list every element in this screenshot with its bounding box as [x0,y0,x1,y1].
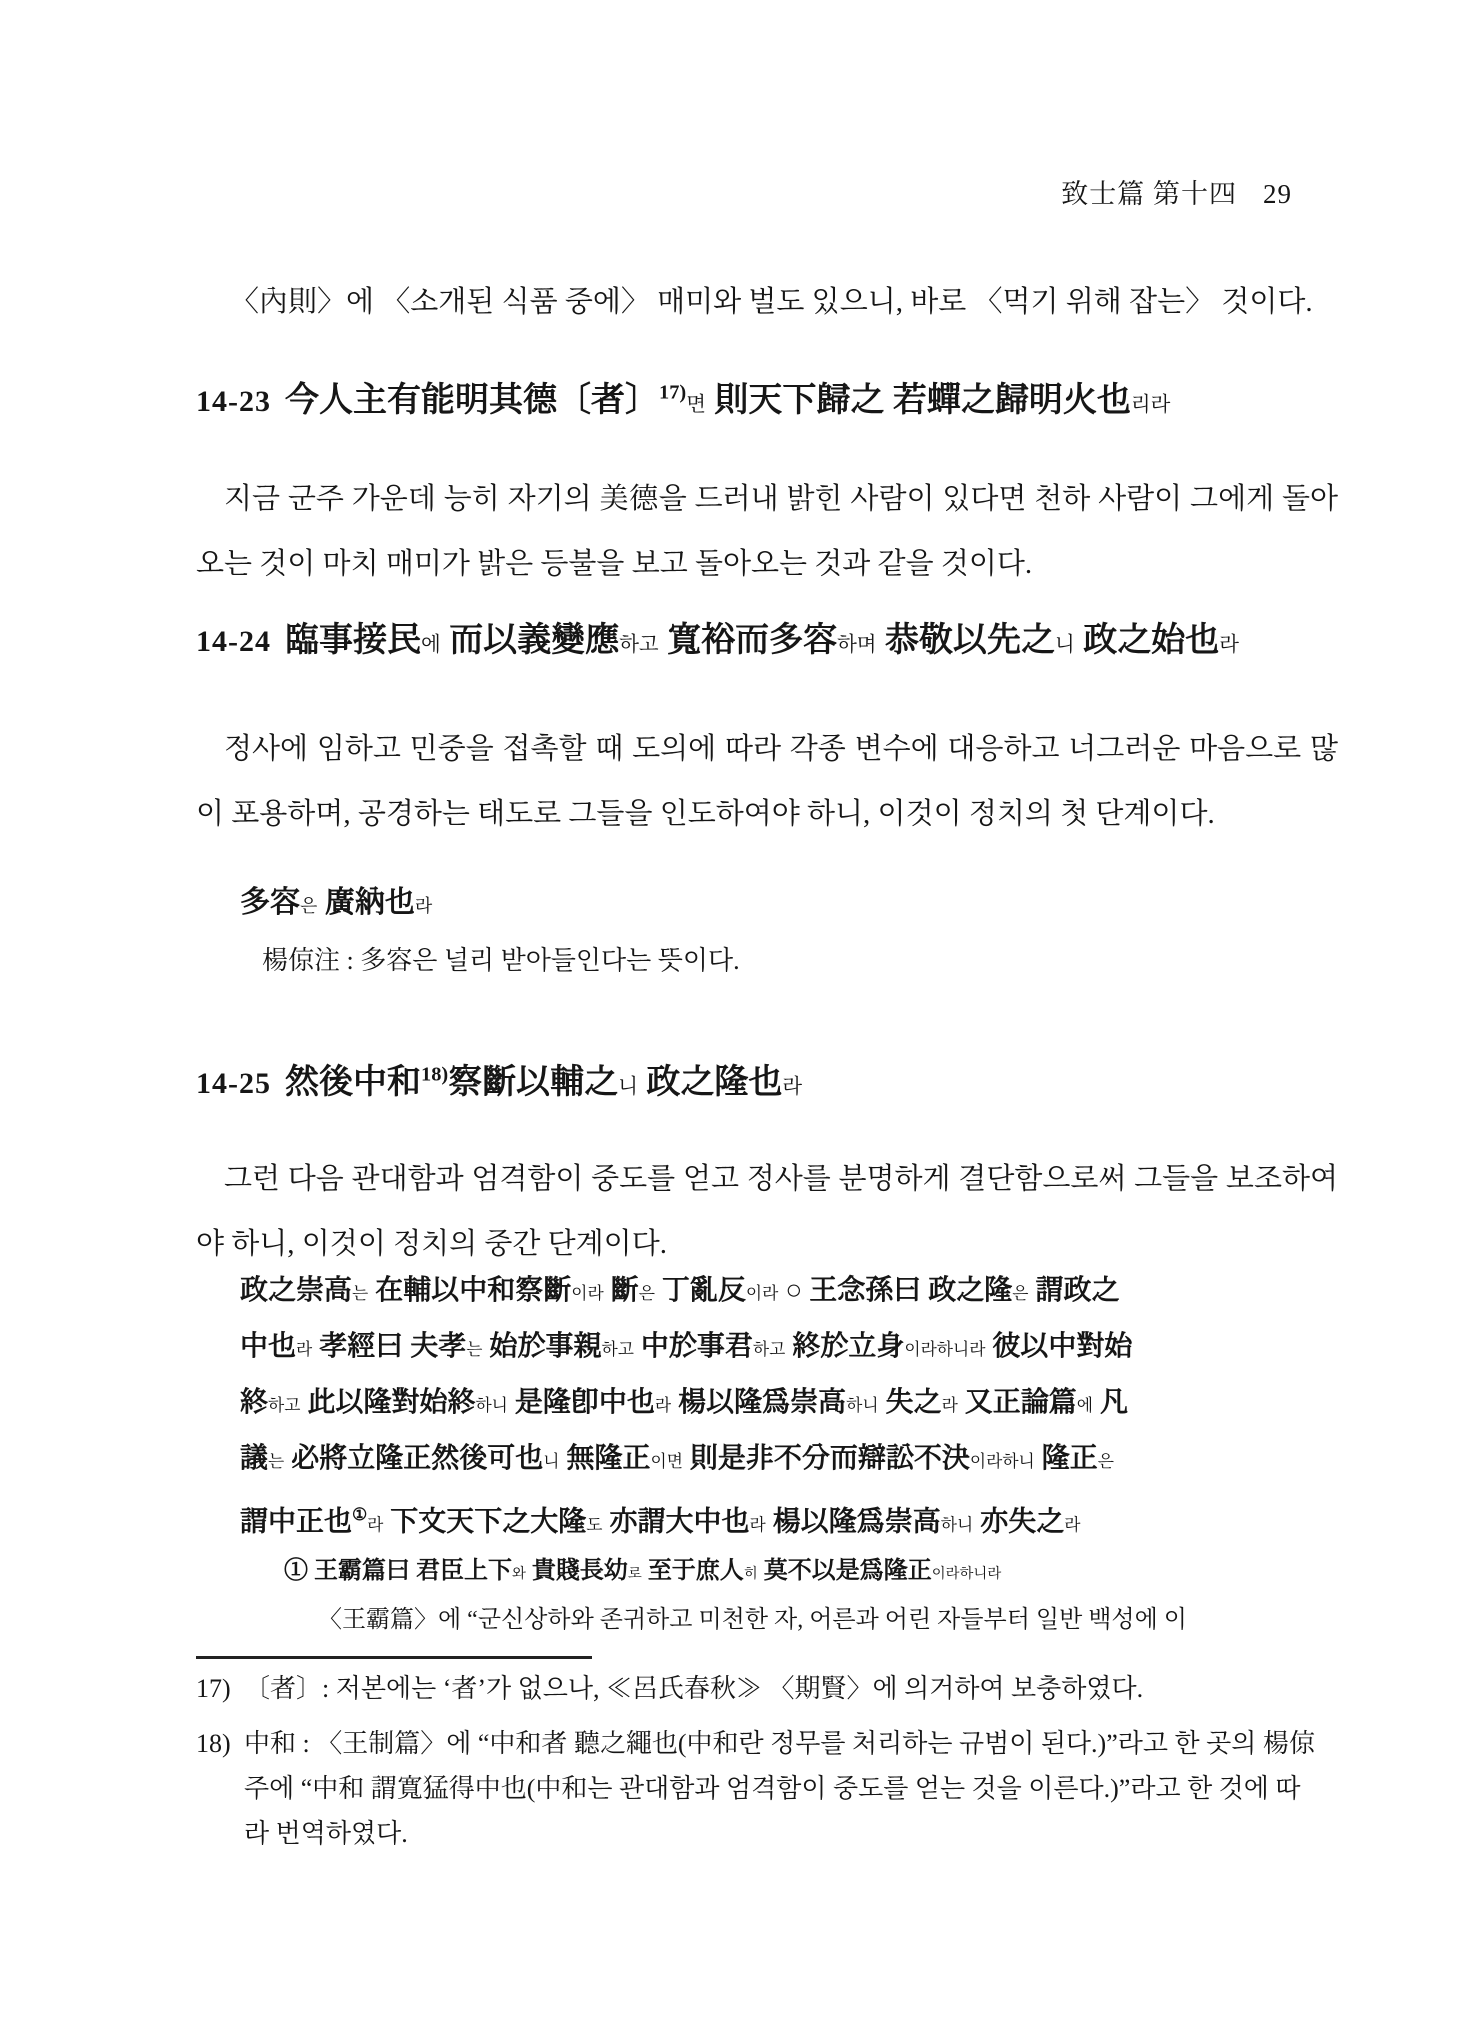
text-segment: 라 [655,1396,671,1415]
text-segment: 中也 [240,1331,296,1362]
text-segment: ① 王霸篇曰 君臣上下 [284,1558,512,1584]
text-segment: 莫不以是爲隆正 [758,1558,932,1584]
text-segment: 은 [1098,1452,1114,1471]
text-segment: 은 [639,1284,655,1303]
text-segment: 이라하니 [970,1452,1035,1471]
text-segment: 라 [367,1515,383,1534]
text-segment: 在輔以中和察斷 [368,1275,571,1306]
text-segment: 이라하니라 [904,1340,985,1359]
footnotes: 17) 〔者〕: 저본에는 ‘者’가 없으나, ≪呂氏春秋≫ 〈期賢〉에 의거하… [196,1666,1338,1856]
section-original-text: 臨事接民에 而以義變應하고 寬裕而多容하며 恭敬以先之니 政之始也라 [285,622,1239,659]
text-segment: 와 [512,1566,526,1582]
text-segment: 楊以隆爲崇高 [671,1387,846,1418]
text-segment: 이면 [650,1452,682,1471]
text-segment: 寬裕而多容 [659,622,838,659]
text-segment: 謂中正也 [240,1506,352,1537]
text-segment: 則天下歸之 若蟬之歸明火也 [706,382,1131,419]
text-segment: 이라 [571,1284,603,1303]
text-segment: 라 [415,896,432,916]
chapter-title: 致士篇 第十四 [1061,179,1237,209]
commentary-line: 終하고 此以隆對始終하니 是隆卽中也라 楊以隆爲崇高하니 失之라 又正論篇에 凡 [240,1376,1340,1432]
text-segment: 察斷以輔之 [448,1064,618,1101]
commentary-block: 政之崇高는 在輔以中和察斷이라 斷은 丁亂反이라 ○ 王念孫曰 政之隆은 謂政之… [240,1264,1340,1551]
footnote-separator-rule [196,1656,592,1659]
text-segment: 又正論篇 [958,1387,1077,1418]
text-segment: 楊以隆爲崇高 [766,1506,941,1537]
text-segment: 中於事君 [634,1331,753,1362]
text-segment: 失之 [879,1387,942,1418]
commentary-line: 議는 必將立隆正然後可也니 無隆正이면 則是非不分而辯訟不決이라하니 隆正은 [240,1432,1340,1488]
text-segment: 는 [466,1340,482,1359]
text-segment: 18) [421,1064,448,1086]
text-segment: 는 [268,1452,284,1471]
text-segment: 에 [421,634,441,656]
text-segment: 亦謂大中也 [603,1506,750,1537]
commentary-line: 政之崇高는 在輔以中和察斷이라 斷은 丁亂反이라 ○ 王念孫曰 政之隆은 謂政之 [240,1264,1340,1320]
text-segment: 隆正 [1035,1443,1098,1474]
inline-footnote: ① 王霸篇曰 君臣上下와 貴賤長幼로 至于庶人히 莫不以是爲隆正이라하니라 〈王… [196,1548,1338,1643]
text-segment: 政之隆也 [638,1064,783,1101]
commentary-line: 謂中正也①라 下文天下之大隆도 亦謂大中也라 楊以隆爲崇高하니 亦失之라 [240,1488,1340,1551]
text-segment: 라 [1064,1515,1080,1534]
text-segment: 終於立身 [785,1331,904,1362]
section-original-text: 今人主有能明其德〔者〕17)면 則天下歸之 若蟬之歸明火也리라 [285,382,1170,419]
text-segment: 하니 [846,1396,878,1415]
text-segment: 廣納也 [317,886,415,919]
footnote-text-line: 中和 : 〈王制篇〉에 “中和者 聽之繩也(中和란 정무를 처리하는 규범이 된… [244,1729,1315,1758]
text-segment: 終 [240,1387,268,1418]
section-14-23-translation: 지금 군주 가운데 능히 자기의 美德을 드러내 밝힌 사람이 있다면 천하 사… [196,467,1338,597]
section-number: 14-23 [196,385,271,418]
text-segment: 하니 [475,1396,507,1415]
text-segment: 是隆卽中也 [508,1387,655,1418]
text-segment: 政之崇高 [240,1275,352,1306]
book-page: 致士篇 第十四29 〈內則〉에 〈소개된 식품 중에〉 매미와 벌도 있으니, … [0,0,1480,2024]
text-segment: 라 [750,1515,766,1534]
page-number: 29 [1263,179,1292,209]
text-segment: 斷 [604,1275,639,1306]
text-segment: 하며 [837,634,876,656]
text-segment: 니 [543,1452,559,1471]
section-original-text: 然後中和18)察斷以輔之니 政之隆也라 [285,1064,802,1101]
text-segment: 니 [618,1076,638,1098]
footnote-text: 〔者〕: 저본에는 ‘者’가 없으나, ≪呂氏春秋≫ 〈期賢〉에 의거하여 보충… [244,1666,1338,1711]
section-number: 14-25 [196,1067,271,1100]
text-segment: 하고 [601,1340,633,1359]
commentary-heading: 多容은 廣納也라 [240,882,1382,927]
text-segment: 하니 [941,1515,973,1534]
text-segment: 이라 [746,1284,778,1303]
text-segment: 에 [1077,1396,1093,1415]
text-segment: 은 [300,896,317,916]
text-segment: 凡 [1093,1387,1128,1418]
text-segment: 議 [240,1443,268,1474]
text-segment: 17) [659,382,686,404]
footnote-text: 中和 : 〈王制篇〉에 “中和者 聽之繩也(中和란 정무를 처리하는 규범이 된… [244,1721,1338,1856]
commentary-note: 楊倞注 : 多容은 널리 받아들인다는 뜻이다. [262,942,1404,980]
text-segment: 亦失之 [973,1506,1064,1537]
text-segment: 謂政之 [1028,1275,1119,1306]
section-14-24-translation: 정사에 임하고 민중을 접촉할 때 도의에 따라 각종 변수에 대응하고 너그러… [196,717,1338,847]
text-segment: 此以隆對始終 [300,1387,475,1418]
text-segment: 而以義變應 [441,622,620,659]
text-segment: 면 [686,394,706,416]
intro-paragraph: 〈內則〉에 〈소개된 식품 중에〉 매미와 벌도 있으니, 바로 〈먹기 위해 … [196,281,1338,323]
text-segment: ○ 王念孫曰 政之隆 [778,1275,1012,1306]
text-segment: 로 [628,1566,642,1582]
text-segment: 今人主有能明其德〔者〕 [285,382,659,419]
section-number: 14-24 [196,625,271,658]
text-segment: 必將立隆正然後可也 [284,1443,543,1474]
text-segment: 하고 [753,1340,785,1359]
text-segment: 이라하니라 [932,1566,1002,1582]
section-14-23-heading: 14-23今人主有能明其德〔者〕17)면 則天下歸之 若蟬之歸明火也리라 [196,370,1338,428]
text-segment: 多容 [240,886,300,919]
footnote-text-line: 주에 “中和 謂寬猛得中也(中和는 관대함과 엄격함이 중도를 얻는 것을 이른… [244,1774,1301,1803]
text-segment: 政之始也 [1075,622,1220,659]
footnote-18: 18) 中和 : 〈王制篇〉에 “中和者 聽之繩也(中和란 정무를 처리하는 규… [196,1721,1338,1856]
text-segment: 히 [744,1566,758,1582]
text-segment: 彼以中對始 [985,1331,1132,1362]
text-segment: 하고 [268,1396,300,1415]
inline-footnote-original: ① 王霸篇曰 君臣上下와 貴賤長幼로 至于庶人히 莫不以是爲隆正이라하니라 [284,1548,1338,1597]
text-segment: 라 [942,1396,958,1415]
section-14-25-heading: 14-25然後中和18)察斷以輔之니 政之隆也라 [196,1052,1338,1110]
text-segment: 始於事親 [482,1331,601,1362]
text-segment: 丁亂反 [655,1275,746,1306]
inline-footnote-translation: 〈王霸篇〉에 “군신상하와 존귀하고 미천한 자, 어른과 어린 자들부터 일반… [318,1597,1338,1643]
section-14-24-heading: 14-24臨事接民에 而以義變應하고 寬裕而多容하며 恭敬以先之니 政之始也라 [196,618,1338,668]
text-segment: 는 [352,1284,368,1303]
running-header: 致士篇 第十四29 [196,172,1338,211]
section-14-25-translation: 그런 다음 관대함과 엄격함이 중도를 얻고 정사를 분명하게 결단함으로써 그… [196,1147,1338,1277]
text-segment: 라 [782,1076,802,1098]
footnote-text-line: 라 번역하였다. [244,1819,408,1848]
text-segment: 下文天下之大隆 [383,1506,586,1537]
text-segment: 則是非不分而辯訟不決 [683,1443,970,1474]
text-segment: 라 [296,1340,312,1359]
text-segment: 하고 [619,634,658,656]
footnote-number: 17) [196,1666,244,1711]
text-segment: 臨事接民 [285,622,421,659]
footnote-number: 18) [196,1721,244,1766]
text-segment: 라 [1219,634,1239,656]
text-segment: 貴賤長幼 [526,1558,628,1584]
text-segment: 無隆正 [559,1443,650,1474]
text-segment: 孝經曰 夫孝 [312,1331,466,1362]
text-segment: 리라 [1131,394,1170,416]
text-segment: 도 [586,1515,602,1534]
commentary-line: 中也라 孝經曰 夫孝는 始於事親하고 中於事君하고 終於立身이라하니라 彼以中對… [240,1320,1340,1376]
text-segment: ① [352,1505,367,1524]
text-segment: 恭敬以先之 [877,622,1056,659]
text-segment: 然後中和 [285,1064,421,1101]
text-segment: 至于庶人 [642,1558,744,1584]
text-segment: 은 [1012,1284,1028,1303]
text-segment: 니 [1055,634,1075,656]
footnote-17: 17) 〔者〕: 저본에는 ‘者’가 없으나, ≪呂氏春秋≫ 〈期賢〉에 의거하… [196,1666,1338,1711]
